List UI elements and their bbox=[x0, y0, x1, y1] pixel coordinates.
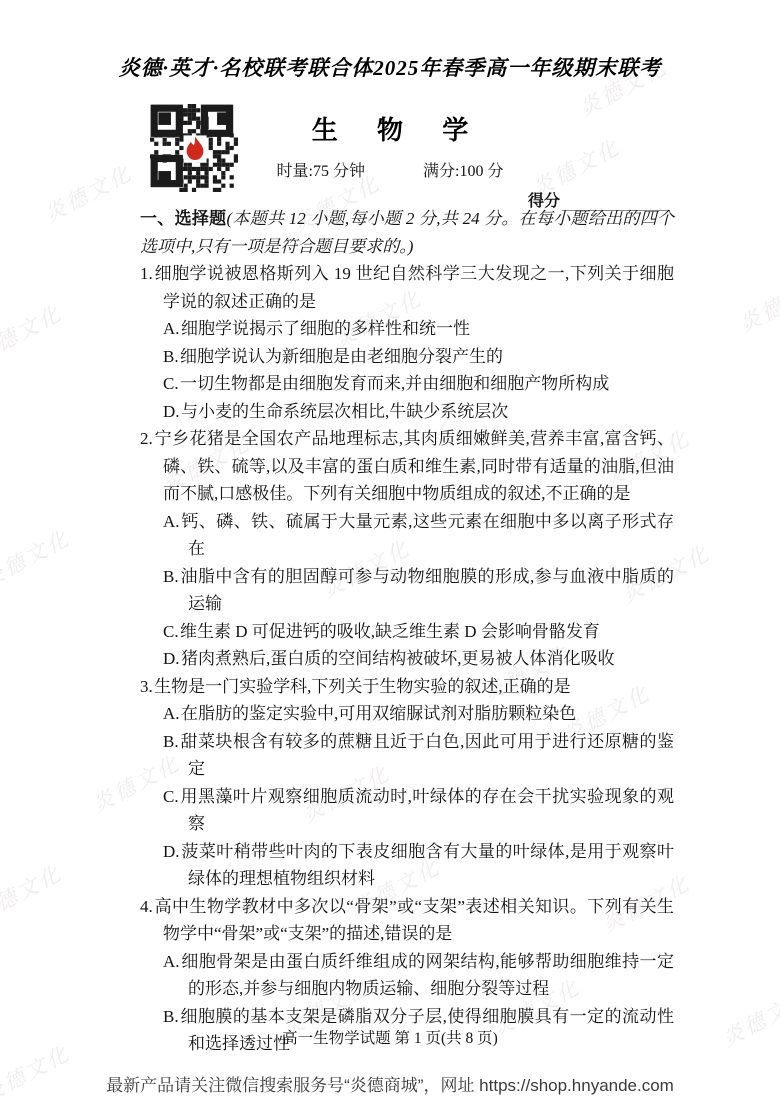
yande-culture-watermark: 炎德文化 bbox=[0, 857, 67, 929]
question-2: 2. 宁乡花猪是全国农产品地理标志,其肉质细嫩鲜美,营养丰富,富含钙、磷、铁、硫… bbox=[140, 425, 674, 508]
yande-culture-watermark: 炎德文化 bbox=[0, 522, 75, 594]
question-1: 1. 细胞学说被恩格斯列入 19 世纪自然科学三大发现之一,下列关于细胞学说的叙… bbox=[140, 260, 674, 315]
option-text: 猪肉煮熟后,蛋白质的空间结构被破坏,更易被人体消化吸收 bbox=[181, 649, 615, 668]
question-3-option-a: A. 在脂肪的鉴定实验中,可用双缩脲试剂对脂肪颗粒染色 bbox=[163, 700, 674, 728]
question-number: 4. bbox=[140, 897, 153, 916]
option-label: D. bbox=[163, 402, 180, 421]
option-label: A. bbox=[163, 704, 180, 723]
option-label: C. bbox=[163, 787, 179, 806]
question-number: 3. bbox=[140, 677, 153, 696]
option-text: 细胞骨架是由蛋白质纤维组成的网架结构,能够帮助细胞维持一定的形态,并参与细胞内物… bbox=[181, 952, 674, 999]
page-number-footer: 高一生物学试题 第 1 页(共 8 页) bbox=[0, 1026, 780, 1048]
option-text: 甜菜块根含有较多的蔗糖且近于白色,因此可用于进行还原糖的鉴定 bbox=[180, 732, 674, 779]
question-2-option-d: D. 猪肉煮熟后,蛋白质的空间结构被破坏,更易被人体消化吸收 bbox=[163, 645, 674, 673]
option-text: 钙、磷、铁、硫属于大量元素,这些元素在细胞中多以离子形式存在 bbox=[181, 512, 674, 559]
full-score-label: 满分:100 分 bbox=[423, 163, 503, 180]
question-area: 一、选择题(本题共 12 小题,每小题 2 分,共 24 分。在每小题给出的四个… bbox=[140, 205, 674, 1058]
option-label: B. bbox=[163, 1007, 179, 1026]
yande-culture-watermark: 炎德文化 bbox=[0, 297, 67, 369]
exam-series-title: 炎德·英才·名校联考联合体2025年春季高一年级期末联考 bbox=[0, 52, 780, 82]
option-text: 一切生物都是由细胞发育而来,并由细胞和细胞产物所构成 bbox=[180, 374, 609, 393]
question-stem: 细胞学说被恩格斯列入 19 世纪自然科学三大发现之一,下列关于细胞学说的叙述正确… bbox=[154, 264, 674, 311]
question-1-option-c: C. 一切生物都是由细胞发育而来,并由细胞和细胞产物所构成 bbox=[163, 370, 674, 398]
question-1-option-b: B. 细胞学说认为新细胞是由老细胞分裂产生的 bbox=[163, 343, 674, 371]
question-4: 4. 高中生物学教材中多次以“骨架”或“支架”表述相关知识。下列有关生物学中“骨… bbox=[140, 893, 674, 948]
option-label: A. bbox=[163, 319, 180, 338]
option-text: 油脂中含有的胆固醇可参与动物细胞膜的形成,参与血液中脂质的运输 bbox=[180, 567, 674, 614]
question-3-option-d: D. 菠菜叶稍带些叶肉的下表皮细胞含有大量的叶绿体,是用于观察叶绿体的理想植物组… bbox=[163, 838, 674, 893]
question-3-option-c: C. 用黑藻叶片观察细胞质流动时,叶绿体的存在会干扰实验现象的观察 bbox=[163, 783, 674, 838]
duration-label: 时量:75 分钟 bbox=[277, 163, 365, 180]
question-3: 3. 生物是一门实验学科,下列关于生物实验的叙述,正确的是 bbox=[140, 673, 674, 701]
option-label: D. bbox=[163, 842, 180, 861]
option-text: 维生素 D 可促进钙的吸收,缺乏维生素 D 会影响骨骼发育 bbox=[180, 622, 600, 641]
option-text: 与小麦的生命系统层次相比,牛缺少系统层次 bbox=[181, 402, 508, 421]
question-2-option-a: A. 钙、磷、铁、硫属于大量元素,这些元素在细胞中多以离子形式存在 bbox=[163, 508, 674, 563]
option-label: D. bbox=[163, 649, 180, 668]
yande-culture-watermark: 炎德文化 bbox=[734, 267, 780, 339]
option-label: C. bbox=[163, 622, 179, 641]
option-label: B. bbox=[163, 347, 179, 366]
option-label: B. bbox=[163, 567, 179, 586]
section-header: 一、选择题(本题共 12 小题,每小题 2 分,共 24 分。在每小题给出的四个… bbox=[140, 205, 674, 260]
question-3-option-b: B. 甜菜块根含有较多的蔗糖且近于白色,因此可用于进行还原糖的鉴定 bbox=[163, 728, 674, 783]
option-text: 在脂肪的鉴定实验中,可用双缩脲试剂对脂肪颗粒染色 bbox=[181, 704, 576, 723]
section-title: 一、选择题 bbox=[140, 209, 226, 228]
option-text: 细胞学说揭示了细胞的多样性和统一性 bbox=[181, 319, 470, 338]
exam-paper-page: 炎德文化炎德文化炎德文化炎德文化炎德文化炎德文化炎德文化炎德文化炎德文化炎德文化… bbox=[0, 0, 780, 1104]
option-text: 菠菜叶稍带些叶肉的下表皮细胞含有大量的叶绿体,是用于观察叶绿体的理想植物组织材料 bbox=[181, 842, 674, 889]
option-text: 细胞学说认为新细胞是由老细胞分裂产生的 bbox=[180, 347, 503, 366]
subject-title: 生 物 学 bbox=[0, 110, 780, 147]
question-stem: 宁乡花猪是全国农产品地理标志,其肉质细嫩鲜美,营养丰富,富含钙、磷、铁、硫等,以… bbox=[154, 429, 674, 503]
question-stem: 高中生物学教材中多次以“骨架”或“支架”表述相关知识。下列有关生物学中“骨架”或… bbox=[154, 897, 674, 944]
option-label: C. bbox=[163, 374, 179, 393]
question-2-option-b: B. 油脂中含有的胆固醇可参与动物细胞膜的形成,参与血液中脂质的运输 bbox=[163, 563, 674, 618]
option-label: A. bbox=[163, 512, 180, 531]
question-number: 2. bbox=[140, 429, 153, 448]
publisher-promo-text: 最新产品请关注微信搜索服务号“炎德商城”，网址 https://shop.hny… bbox=[0, 1071, 780, 1096]
option-text: 用黑藻叶片观察细胞质流动时,叶绿体的存在会干扰实验现象的观察 bbox=[180, 787, 674, 834]
question-1-option-a: A. 细胞学说揭示了细胞的多样性和统一性 bbox=[163, 315, 674, 343]
question-stem: 生物是一门实验学科,下列关于生物实验的叙述,正确的是 bbox=[154, 677, 571, 696]
question-number: 1. bbox=[140, 264, 153, 283]
option-label: A. bbox=[163, 952, 180, 971]
option-label: B. bbox=[163, 732, 179, 751]
question-4-option-a: A. 细胞骨架是由蛋白质纤维组成的网架结构,能够帮助细胞维持一定的形态,并参与细… bbox=[163, 948, 674, 1003]
question-2-option-c: C. 维生素 D 可促进钙的吸收,缺乏维生素 D 会影响骨骼发育 bbox=[163, 618, 674, 646]
question-1-option-d: D. 与小麦的生命系统层次相比,牛缺少系统层次 bbox=[163, 398, 674, 426]
exam-meta: 时量:75 分钟满分:100 分 bbox=[0, 158, 780, 181]
